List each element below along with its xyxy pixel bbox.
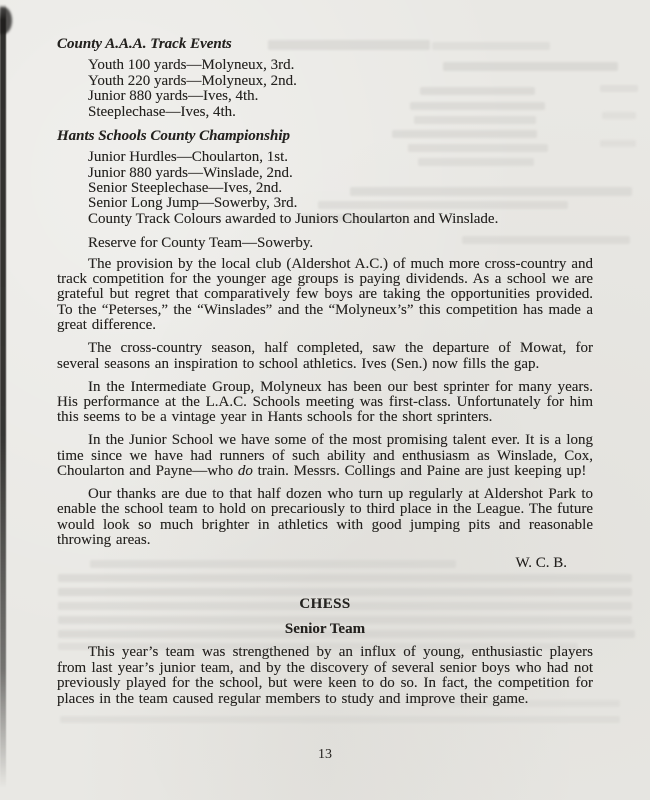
athletics-paragraph: In the Junior School we have some of the… bbox=[57, 433, 593, 479]
hants-results-list: Junior Hurdles—Choularton, 1st. Junior 8… bbox=[88, 150, 593, 227]
county-results-list: Youth 100 yards—Molyneux, 3rd. Youth 220… bbox=[88, 58, 593, 120]
senior-team-subheading: Senior Team bbox=[57, 622, 593, 637]
result-line: Senior Steeplechase—Ives, 2nd. bbox=[88, 181, 593, 196]
paragraph-text: train. Messrs. Collings and Paine are ju… bbox=[253, 463, 587, 479]
reserve-line: Reserve for County Team—Sowerby. bbox=[88, 236, 593, 251]
scan-edge-blot bbox=[0, 7, 12, 34]
bleedthrough-smudge bbox=[60, 716, 620, 723]
chess-section-heading: CHESS bbox=[57, 597, 593, 612]
scan-edge-shadow bbox=[0, 4, 6, 788]
result-line: Youth 220 yards—Molyneux, 2nd. bbox=[88, 74, 593, 89]
chess-paragraph: This year’s team was strengthened by an … bbox=[57, 645, 593, 707]
athletics-paragraph: Our thanks are due to that half dozen wh… bbox=[57, 487, 593, 549]
colours-awarded-line: County Track Colours awarded to Juniors … bbox=[88, 212, 593, 227]
author-initials: W. C. B. bbox=[57, 556, 593, 571]
county-track-events-heading: County A.A.A. Track Events bbox=[57, 37, 593, 52]
athletics-paragraph: The provision by the local club (Aldersh… bbox=[57, 257, 593, 334]
page-content: County A.A.A. Track Events Youth 100 yar… bbox=[57, 37, 593, 714]
hants-championship-heading: Hants Schools County Championship bbox=[57, 129, 593, 144]
result-line: Junior 880 yards—Ives, 4th. bbox=[88, 89, 593, 104]
scanned-magazine-page: County A.A.A. Track Events Youth 100 yar… bbox=[0, 0, 650, 800]
emphasized-word: do bbox=[238, 463, 253, 479]
athletics-paragraph: In the Intermediate Group, Molyneux has … bbox=[57, 380, 593, 426]
bleedthrough-smudge bbox=[600, 85, 638, 92]
athletics-paragraph: The cross-country season, half completed… bbox=[57, 341, 593, 372]
bleedthrough-smudge bbox=[602, 112, 636, 119]
result-line: Youth 100 yards—Molyneux, 3rd. bbox=[88, 58, 593, 73]
result-line: Junior Hurdles—Choularton, 1st. bbox=[88, 150, 593, 165]
bleedthrough-smudge bbox=[600, 140, 636, 147]
page-number: 13 bbox=[0, 747, 650, 763]
result-line: Senior Long Jump—Sowerby, 3rd. bbox=[88, 196, 593, 211]
result-line: Junior 880 yards—Winslade, 2nd. bbox=[88, 166, 593, 181]
result-line: Steeplechase—Ives, 4th. bbox=[88, 105, 593, 120]
